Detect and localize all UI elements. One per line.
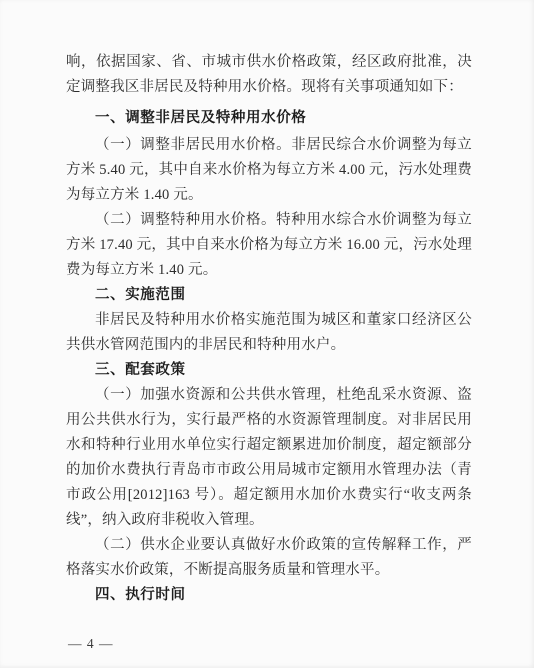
clause-1-1-paragraph: （一）调整非居民用水价格。非居民综合水价调整为每立方米 5.40 元，其中自来水… <box>66 133 472 208</box>
clause-1-2-paragraph: （二）调整特种用水价格。特种用水综合水价调整为每立方米 17.40 元，其中自来… <box>66 208 472 283</box>
page-number: — 4 — <box>68 636 114 652</box>
section-1-heading: 一、调整非居民及特种用水价格 <box>66 106 472 131</box>
document-page: 响，依据国家、省、市城市供水价格政策，经区政府批准，决定调整我区非居民及特种用水… <box>0 0 534 668</box>
document-body: 响，依据国家、省、市城市供水价格政策，经区政府批准，决定调整我区非居民及特种用水… <box>66 50 472 608</box>
section-2-heading: 二、实施范围 <box>66 283 472 308</box>
clause-3-1-paragraph: （一）加强水资源和公共供水管理，杜绝乱采水资源、盗用公共供水行为，实行最严格的水… <box>66 383 472 533</box>
section-4-heading: 四、执行时间 <box>66 583 472 608</box>
section-3-heading: 三、配套政策 <box>66 358 472 383</box>
continuation-paragraph: 响，依据国家、省、市城市供水价格政策，经区政府批准，决定调整我区非居民及特种用水… <box>66 50 472 100</box>
scope-paragraph: 非居民及特种用水价格实施范围为城区和董家口经济区公共供水管网范围内的非居民和特种… <box>66 308 472 358</box>
clause-3-2-paragraph: （二）供水企业要认真做好水价政策的宣传解释工作，严格落实水价政策，不断提高服务质… <box>66 533 472 583</box>
